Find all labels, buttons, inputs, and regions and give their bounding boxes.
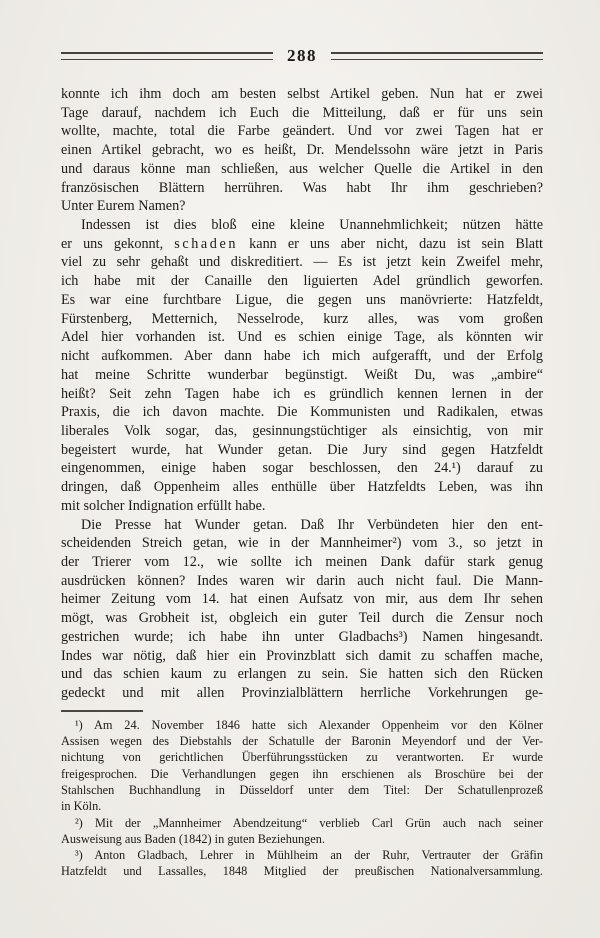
footnote-line: Assisen wegen des Diebstahls der Schatul…: [61, 733, 543, 749]
text-line: Unter Eurem Namen?: [61, 197, 543, 216]
text-line: Indes war nötig, daß hier ein Provinzbla…: [61, 647, 543, 666]
paragraph-1: konnte ich ihm doch am besten selbst Art…: [61, 85, 543, 216]
header-rule-left: [61, 52, 273, 60]
page-header: 288: [61, 47, 543, 65]
footnote-line: in Köln.: [61, 798, 543, 814]
text-line: dringen, daß Oppenheim alles enthülle üb…: [61, 478, 543, 497]
book-page: 288 konnte ich ihm doch am besten selbst…: [0, 0, 600, 938]
text-line: wollte, machte, total die Farbe geändert…: [61, 122, 543, 141]
footnotes: ¹) Am 24. November 1846 hatte sich Alexa…: [61, 717, 543, 880]
text-line: hat meine Schritte wunderbar begünstigt.…: [61, 366, 543, 385]
footnote-separator: [61, 710, 143, 712]
footnote-1: ¹) Am 24. November 1846 hatte sich Alexa…: [61, 717, 543, 815]
text-line: einen Artikel gebracht, wo es heißt, Dr.…: [61, 141, 543, 160]
emphasized-word: schaden: [174, 236, 238, 252]
text-line: mögt, was Grobheit ist, obgleich ein gut…: [61, 609, 543, 628]
text-line: französischen Blättern herrühren. Was ha…: [61, 179, 543, 198]
text-line: heimer Zeitung vom 14. hat einen Aufsatz…: [61, 590, 543, 609]
text-line: der Trierer vom 12., wie sollte ich mein…: [61, 553, 543, 572]
text-line: begeistert wurde, hat Wunder getan. Die …: [61, 441, 543, 460]
text-line: gestrichen wurde; ich habe ihn unter Gla…: [61, 628, 543, 647]
text-line: liberales Volk sogar, das, gesinnungstüc…: [61, 422, 543, 441]
footnote-line: ¹) Am 24. November 1846 hatte sich Alexa…: [61, 717, 543, 733]
text-line-with-emphasis: er uns gekonnt, schaden kann er uns aber…: [61, 235, 543, 254]
page-number: 288: [281, 46, 323, 66]
footnote-line: ²) Mit der „Mannheimer Abendzeitung“ ver…: [61, 815, 543, 831]
paragraph-3: Die Presse hat Wunder getan. Daß Ihr Ver…: [61, 516, 543, 703]
text-line: heißt? Seit zehn Tagen habe ich es gründ…: [61, 385, 543, 404]
footnote-line: freigesprochen. Die Verhandlungen gegen …: [61, 766, 543, 782]
emphasis-pre: er uns gekonnt,: [61, 236, 174, 252]
text-line: konnte ich ihm doch am besten selbst Art…: [61, 85, 543, 104]
text-line: ich habe mit der Canaille den liguierten…: [61, 272, 543, 291]
emphasis-post: kann er uns aber nicht, dazu ist sein Bl…: [238, 236, 543, 252]
paragraph-2: Indessen ist dies bloß eine kleine Unann…: [61, 216, 543, 516]
text-line: mit solcher Indignation erfüllt habe.: [61, 497, 543, 516]
text-line: Praxis, die ich davon machte. Die Kommun…: [61, 403, 543, 422]
footnote-line: Hatzfeldt und Lassalles, 1848 Mitglied d…: [61, 863, 543, 879]
text-line: scheidenden Streich getan, wie in der Ma…: [61, 534, 543, 553]
text-line: Fürstenberg, Metternich, Nesselrode, kur…: [61, 310, 543, 329]
footnote-line: Ausweisung aus Baden (1842) in guten Bez…: [61, 831, 543, 847]
text-line: Die Presse hat Wunder getan. Daß Ihr Ver…: [61, 516, 543, 535]
letter-body: konnte ich ihm doch am besten selbst Art…: [61, 85, 543, 703]
text-line: nicht aufkommen. Aber dann habe ich mich…: [61, 347, 543, 366]
text-line: und das schien kaum zu erlangen zu sein.…: [61, 665, 543, 684]
footnote-line: Stahlschen Buchhandlung in Düsseldorf un…: [61, 782, 543, 798]
text-line: eingenommen, einige haben sogar beschlos…: [61, 459, 543, 478]
text-line: viel zu sehr gehaßt und diskreditiert. —…: [61, 253, 543, 272]
footnote-3: ³) Anton Gladbach, Lehrer in Mühlheim an…: [61, 847, 543, 880]
footnote-line: ³) Anton Gladbach, Lehrer in Mühlheim an…: [61, 847, 543, 863]
text-line: Es war eine furchtbare Ligue, die gegen …: [61, 291, 543, 310]
text-line: Tage darauf, nachdem ich Euch die Mittei…: [61, 104, 543, 123]
text-line: Adel hier vorhanden ist. Und es schien e…: [61, 328, 543, 347]
text-line: und daraus könne man schließen, aus welc…: [61, 160, 543, 179]
footnote-2: ²) Mit der „Mannheimer Abendzeitung“ ver…: [61, 815, 543, 848]
text-line: Indessen ist dies bloß eine kleine Unann…: [61, 216, 543, 235]
text-line: ausdrücken können? Indes waren wir darin…: [61, 572, 543, 591]
header-rule-right: [331, 52, 543, 60]
footnote-line: nichtung von gerichtlichen Überführungss…: [61, 749, 543, 765]
text-line: gedeckt und mit allen Provinzialblättern…: [61, 684, 543, 703]
